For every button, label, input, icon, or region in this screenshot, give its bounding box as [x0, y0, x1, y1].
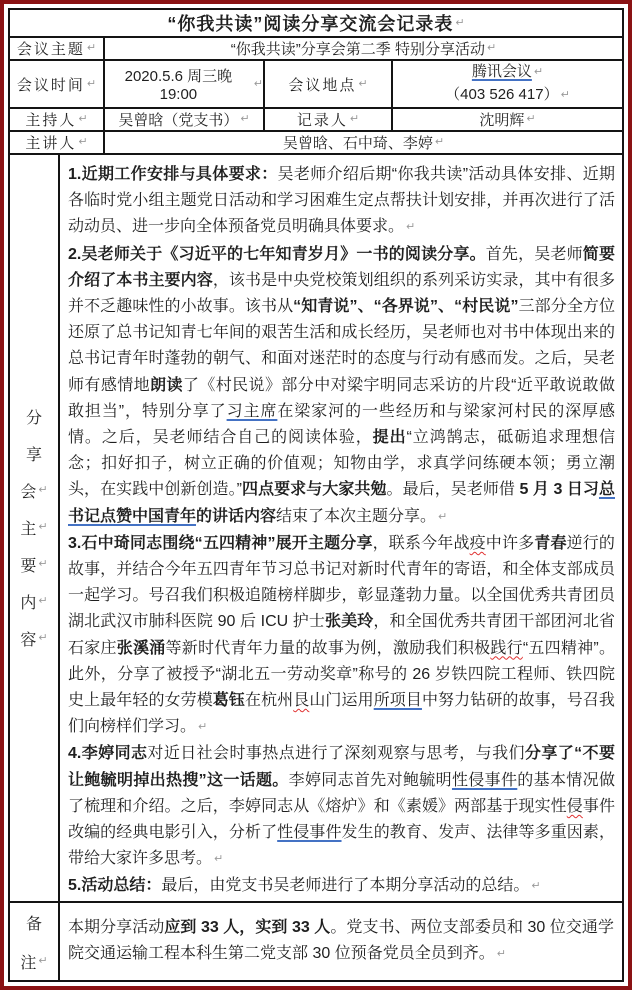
paragraph: 3.石中琦同志围绕“五四精神”展开主题分享，联系今年战疫中许多青春逆行的故事，并… [68, 531, 615, 742]
return-mark: ↵ [87, 41, 96, 54]
section-label-char: 备 [26, 911, 42, 934]
text-run: ，联系今年战 [373, 535, 470, 552]
meeting-record-table: “你我共读”阅读分享交流会记录表↵ 会议主题↵ “你我共读”分享会第二季 特别分… [8, 8, 624, 982]
return-mark: ↵ [531, 873, 540, 899]
section-label-char: 容↵ [20, 627, 47, 650]
text-run: 的讲话内容 [196, 508, 276, 525]
text-run: 山门运用 [309, 692, 373, 709]
title-row: “你我共读”阅读分享交流会记录表↵ [10, 10, 622, 38]
paragraph: 本期分享活动应到 33 人，实到 33 人。党支书、两位支部委员和 30 位交通… [68, 915, 614, 968]
section-label-char: 注↵ [20, 950, 47, 973]
content-section-label: 分享会↵主↵要↵内↵容↵ [10, 155, 60, 901]
meeting-location-label: 会议地点↵ [265, 61, 393, 107]
paragraph: 1.近期工作安排与具体要求：吴老师介绍后期“你我共读”活动具体安排、近期各临时党… [68, 162, 615, 242]
speaker-value: 吴曾晗、石中琦、李婷↵ [105, 132, 622, 153]
text-run: 中许多 [486, 535, 535, 552]
meeting-id: （403 526 417） [445, 86, 558, 103]
return-mark: ↵ [38, 954, 47, 967]
return-mark: ↵ [78, 112, 87, 125]
text-run: 5 月 3 日习 [520, 481, 599, 498]
text-run: 5.活动总结： [68, 877, 161, 894]
text-run: 性侵事件 [452, 772, 517, 789]
return-mark: ↵ [526, 112, 535, 125]
section-label-char: 会↵ [20, 479, 47, 502]
host-value: 吴曾晗（党支书）↵ [105, 109, 265, 130]
notes-section-body: 本期分享活动应到 33 人，实到 33 人。党支书、两位支部委员和 30 位交通… [60, 903, 622, 981]
recorder-label: 记录人↵ [265, 109, 393, 130]
text-run: 结束了本次主题分享。 [276, 508, 436, 525]
text-run: 所项目 [374, 692, 422, 709]
return-mark: ↵ [240, 112, 249, 125]
text-run: 疫 [470, 535, 486, 552]
content-section-body: 1.近期工作安排与具体要求：吴老师介绍后期“你我共读”活动具体安排、近期各临时党… [60, 155, 622, 901]
text-run: 3.石中琦同志围绕“五四精神”展开主题分享 [68, 535, 373, 552]
recorder-value: 沈明辉↵ [393, 109, 622, 130]
text-run: 提出 [373, 429, 407, 446]
text-run: 首先，吴老师 [486, 246, 583, 263]
return-mark: ↵ [438, 504, 447, 530]
text-run: 性侵事件 [277, 824, 341, 841]
tencent-meeting-link[interactable]: 腾讯会议 [472, 63, 532, 80]
return-mark: ↵ [435, 135, 444, 148]
text-run: 葛钰 [213, 692, 245, 709]
return-mark: ↵ [455, 16, 464, 29]
host-label: 主持人↵ [10, 109, 105, 130]
host-recorder-row: 主持人↵ 吴曾晗（党支书）↵ 记录人↵ 沈明辉↵ [10, 109, 622, 132]
text-run: 青春 [534, 535, 566, 552]
text-run: 朗读 [150, 377, 183, 394]
document-title: “你我共读”阅读分享交流会记录表↵ [10, 10, 622, 36]
return-mark: ↵ [406, 214, 415, 240]
return-mark: ↵ [87, 77, 96, 90]
notes-section-label: 备注↵ [10, 903, 60, 981]
meeting-topic-label: 会议主题↵ [10, 38, 105, 59]
text-run: 张美玲 [325, 613, 373, 630]
text-run: 在杭州 [245, 692, 293, 709]
return-mark: ↵ [38, 594, 47, 607]
notes-row: 备注↵ 本期分享活动应到 33 人，实到 33 人。党支书、两位支部委员和 30… [10, 903, 622, 981]
text-run: 2.吴老师关于《习近平的七年知青岁月》一书的阅读分享。 [68, 246, 486, 263]
text-run: 李婷同志首先对鲍毓明 [289, 772, 452, 789]
return-mark: ↵ [38, 631, 47, 644]
meeting-location-value: 腾讯会议↵ （403 526 417）↵ [393, 61, 622, 107]
section-label-char: 分 [26, 405, 42, 428]
topic-row: 会议主题↵ “你我共读”分享会第二季 特别分享活动↵ [10, 38, 622, 61]
return-mark: ↵ [254, 77, 263, 90]
text-run: 张溪涌 [117, 640, 166, 657]
return-mark: ↵ [534, 62, 543, 83]
return-mark: ↵ [561, 85, 570, 106]
paragraph: 5.活动总结：最后，由党支书吴老师进行了本期分享活动的总结。↵ [68, 873, 615, 900]
return-mark: ↵ [350, 112, 359, 125]
text-run: 习主席 [227, 403, 278, 420]
text-run: 。最后，吴老师借 [387, 481, 520, 498]
return-mark: ↵ [497, 941, 506, 967]
document-title-text: “你我共读”阅读分享交流会记录表 [167, 10, 453, 36]
text-run: 艮 [293, 692, 309, 709]
speaker-label: 主讲人↵ [10, 132, 105, 153]
text-run: 本期分享活动 [68, 919, 164, 936]
meeting-time-label: 会议时间↵ [10, 61, 105, 107]
text-run: 对近日社会时事热点进行了深刻观察与思考，与我们 [147, 745, 525, 762]
text-run: 践行 [490, 640, 523, 657]
section-label-char: 享 [26, 442, 42, 465]
return-mark: ↵ [38, 520, 47, 533]
text-run: 等新时代青年力量的故事为例，激励我们积极 [165, 640, 490, 657]
text-run: 应到 33 人，实到 33 人 [164, 919, 330, 936]
text-run: 4.李婷同志 [68, 745, 147, 762]
paragraph: 4.李婷同志对近日社会时事热点进行了深刻观察与思考，与我们分享了“不要让鲍毓明掉… [68, 741, 615, 873]
return-mark: ↵ [358, 77, 367, 90]
content-row: 分享会↵主↵要↵内↵容↵ 1.近期工作安排与具体要求：吴老师介绍后期“你我共读”… [10, 155, 622, 903]
return-mark: ↵ [78, 135, 87, 148]
section-label-char: 内↵ [20, 590, 47, 613]
return-mark: ↵ [38, 557, 47, 570]
return-mark: ↵ [198, 714, 207, 740]
meeting-topic-value: “你我共读”分享会第二季 特别分享活动↵ [105, 38, 622, 59]
text-run: 四点要求与大家共勉 [242, 481, 387, 498]
return-mark: ↵ [487, 41, 496, 54]
text-run: 最后，由党支书吴老师进行了本期分享活动的总结。 [161, 877, 529, 894]
return-mark: ↵ [214, 846, 223, 872]
text-run: “知青说”、“各界说”、“村民说” [293, 298, 518, 315]
section-label-char: 要↵ [20, 553, 47, 576]
section-label-char: 主↵ [20, 516, 47, 539]
text-run: 1.近期工作安排与具体要求： [68, 166, 278, 183]
return-mark: ↵ [38, 483, 47, 496]
time-location-row: 会议时间↵ 2020.5.6 周三晚 19:00↵ 会议地点↵ 腾讯会议↵ （4… [10, 61, 622, 109]
meeting-time-value: 2020.5.6 周三晚 19:00↵ [105, 61, 265, 107]
paragraph: 2.吴老师关于《习近平的七年知青岁月》一书的阅读分享。首先，吴老师简要介绍了本书… [68, 242, 615, 531]
text-run: 侵 [567, 798, 583, 815]
document-page: “你我共读”阅读分享交流会记录表↵ 会议主题↵ “你我共读”分享会第二季 特别分… [0, 0, 632, 990]
speaker-row: 主讲人↵ 吴曾晗、石中琦、李婷↵ [10, 132, 622, 155]
